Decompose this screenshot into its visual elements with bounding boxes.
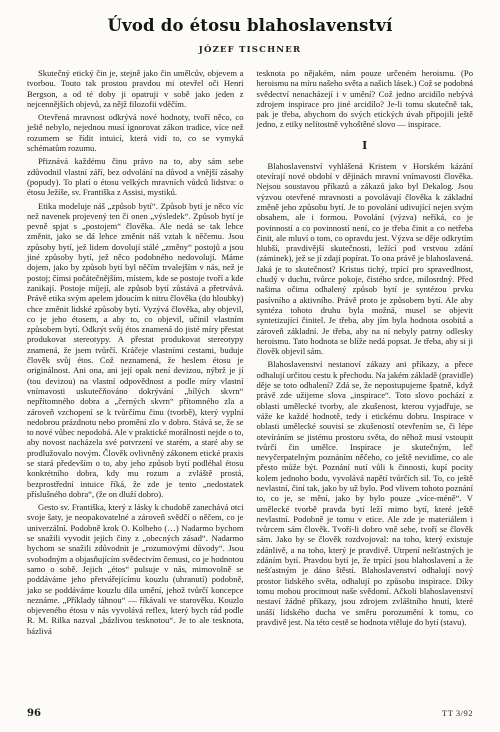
paragraph: Gesto sv. Františka, který z lásky k chu… <box>27 502 244 636</box>
page-footer: 96 TT 3/92 <box>27 708 473 719</box>
paragraph-continuation: tesknota po nějakém, nám pouze určeném h… <box>257 68 474 130</box>
page-number: 96 <box>27 708 41 719</box>
paragraph: Otevřená mravnost odkrývá nové hodnoty, … <box>27 112 244 153</box>
author-line: JÓZEF TISCHNER <box>27 45 473 55</box>
issue-mark: TT 3/92 <box>442 708 473 718</box>
paragraph: Skutečný etický čin je, stejně jako čin … <box>27 68 244 109</box>
page-title: Úvod do étosu blahoslavenství <box>27 16 473 35</box>
paragraph: Přiznává každému činu právo na to, aby s… <box>27 156 244 197</box>
paragraph: Blahoslavenství vyhlášená Kristem v Hors… <box>257 161 474 357</box>
section-heading-numeral: I <box>257 139 474 152</box>
right-column: tesknota po nějakém, nám pouze určeném h… <box>257 68 474 630</box>
journal-page: Úvod do étosu blahoslavenství JÓZEF TISC… <box>0 0 500 732</box>
text-columns: Skutečný etický čin je, stejně jako čin … <box>27 68 473 639</box>
paragraph: Blahoslavenství nestanoví zákazy ani pří… <box>257 359 474 627</box>
paragraph: Etika modeluje náš „způsob bytí“. Způsob… <box>27 201 244 500</box>
left-column: Skutečný etický čin je, stejně jako čin … <box>27 68 244 639</box>
